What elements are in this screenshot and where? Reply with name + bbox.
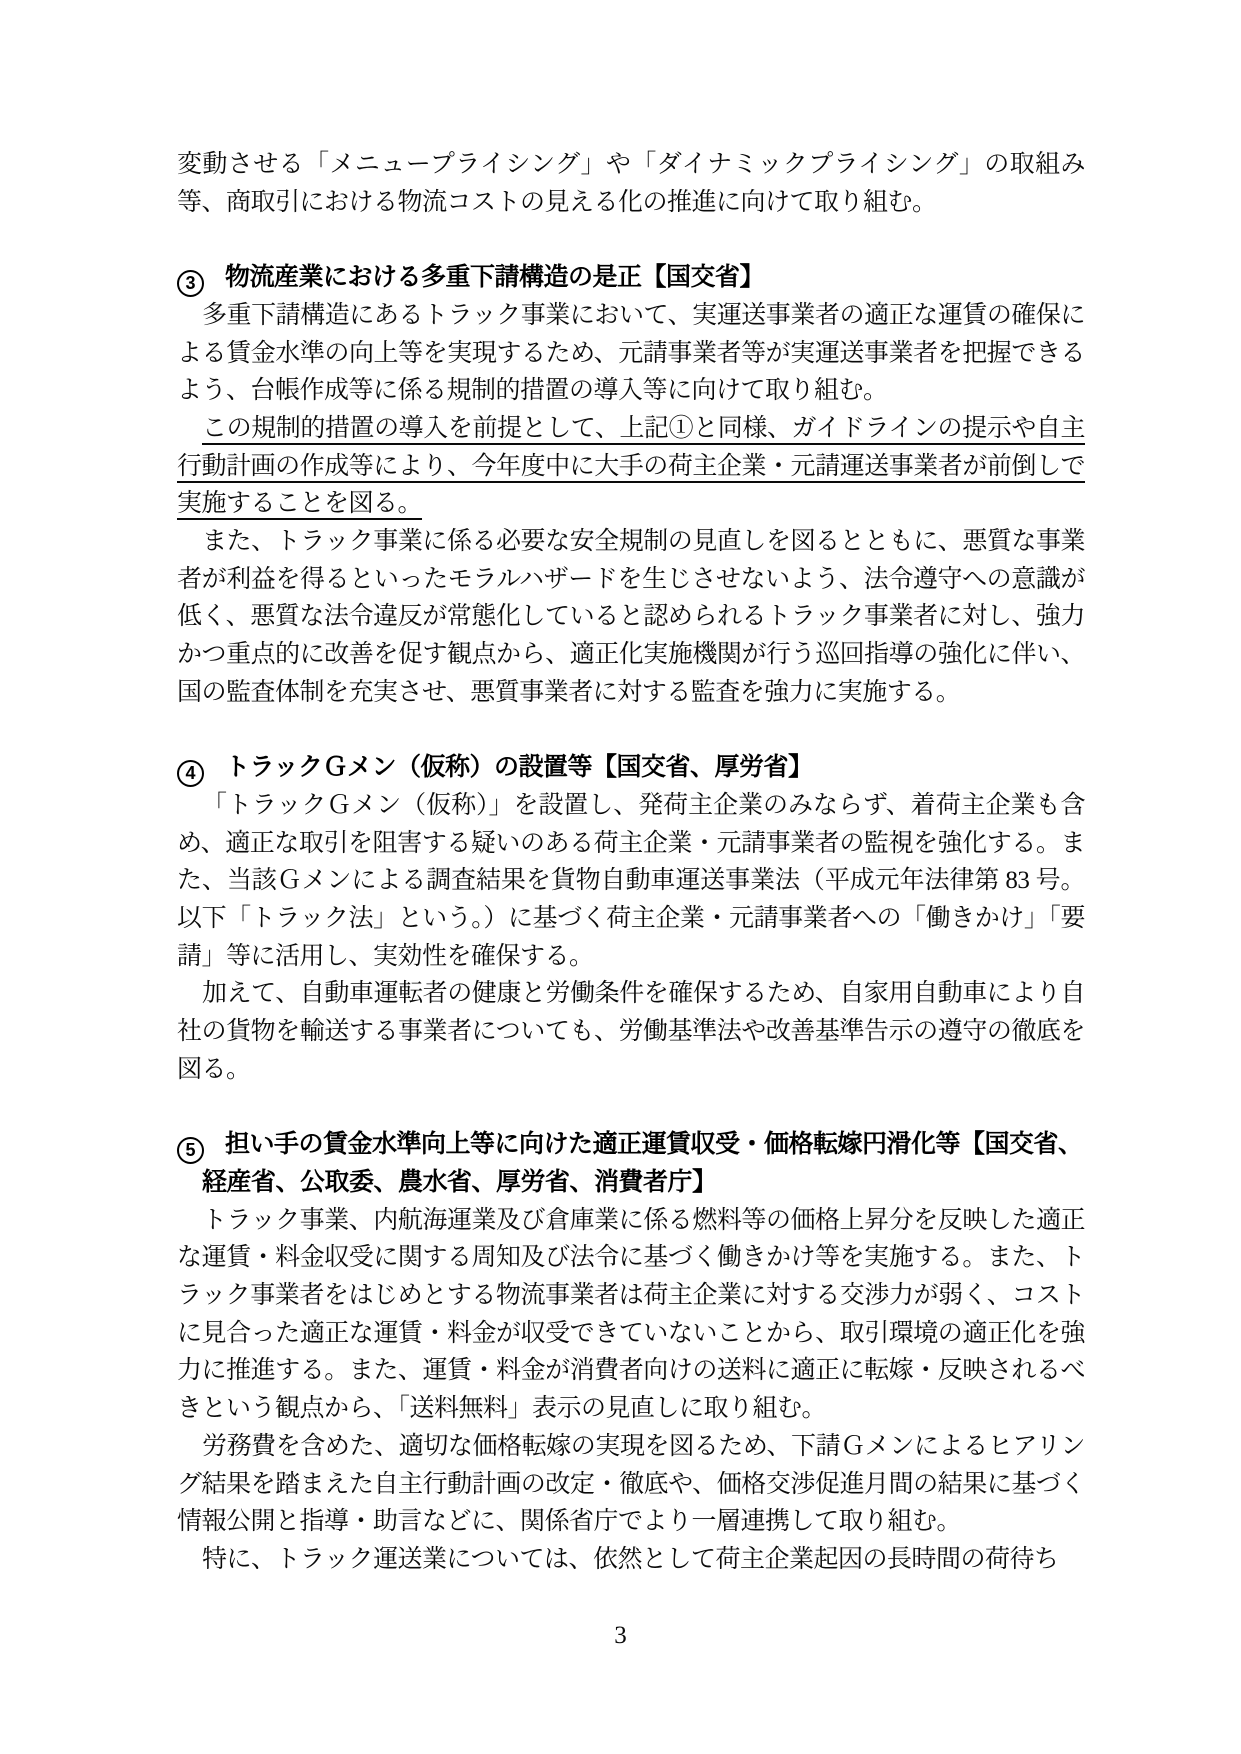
circled-number-icon: 5 <box>177 1137 204 1164</box>
section-heading-3: 3物流産業における多重下請構造の是正【国交省】 <box>177 259 1085 297</box>
paragraph: 「トラックＧメン（仮称）」を設置し、発荷主企業のみならず、着荷主企業も含め、適正… <box>177 787 1085 976</box>
paragraph: 加えて、自動車運転者の健康と労働条件を確保するため、自家用自動車により自社の貨物… <box>177 975 1085 1088</box>
paragraph: トラック事業、内航海運業及び倉庫業に係る燃料等の価格上昇分を反映した適正な運賃・… <box>177 1202 1085 1428</box>
underlined-paragraph: この規制的措置の導入を前提として、上記①と同様、ガイドラインの提示や自主行動計画… <box>177 410 1085 523</box>
section-heading-4: 4トラックＧメン（仮称）の設置等【国交省、厚労省】 <box>177 749 1085 787</box>
paragraph: 多重下請構造にあるトラック事業において、実運送事業者の適正な運賃の確保による賃金… <box>177 297 1085 410</box>
section-title: トラックＧメン（仮称）の設置等【国交省、厚労省】 <box>225 753 813 781</box>
intro-paragraph: 変動させる「メニュープライシング」や「ダイナミックプライシング」の取組み等、商取… <box>177 146 1085 221</box>
paragraph: 特に、トラック運送業については、依然として荷主企業起因の長時間の荷待ち <box>177 1541 1085 1579</box>
document-page: 変動させる「メニュープライシング」や「ダイナミックプライシング」の取組み等、商取… <box>0 0 1241 1754</box>
section-heading-5: 5担い手の賃金水準向上等に向けた適正運賃収受・価格転嫁円滑化等【国交省、経産省、… <box>177 1126 1085 1201</box>
page-content: 変動させる「メニュープライシング」や「ダイナミックプライシング」の取組み等、商取… <box>177 146 1085 1579</box>
circled-number-icon: 4 <box>177 760 204 787</box>
paragraph: また、トラック事業に係る必要な安全規制の見直しを図るとともに、悪質な事業者が利益… <box>177 523 1085 712</box>
section-title: 物流産業における多重下請構造の是正【国交省】 <box>225 263 764 291</box>
paragraph: 労務費を含めた、適切な価格転嫁の実現を図るため、下請Ｇメンによるヒアリング結果を… <box>177 1428 1085 1541</box>
section-title-line2: 経産省、公取委、農水省、厚労省、消費者庁】 <box>202 1164 1085 1202</box>
section-title: 担い手の賃金水準向上等に向けた適正運賃収受・価格転嫁円滑化等【国交省、 <box>225 1130 1083 1158</box>
page-number: 3 <box>0 1622 1241 1650</box>
circled-number-icon: 3 <box>177 270 204 297</box>
